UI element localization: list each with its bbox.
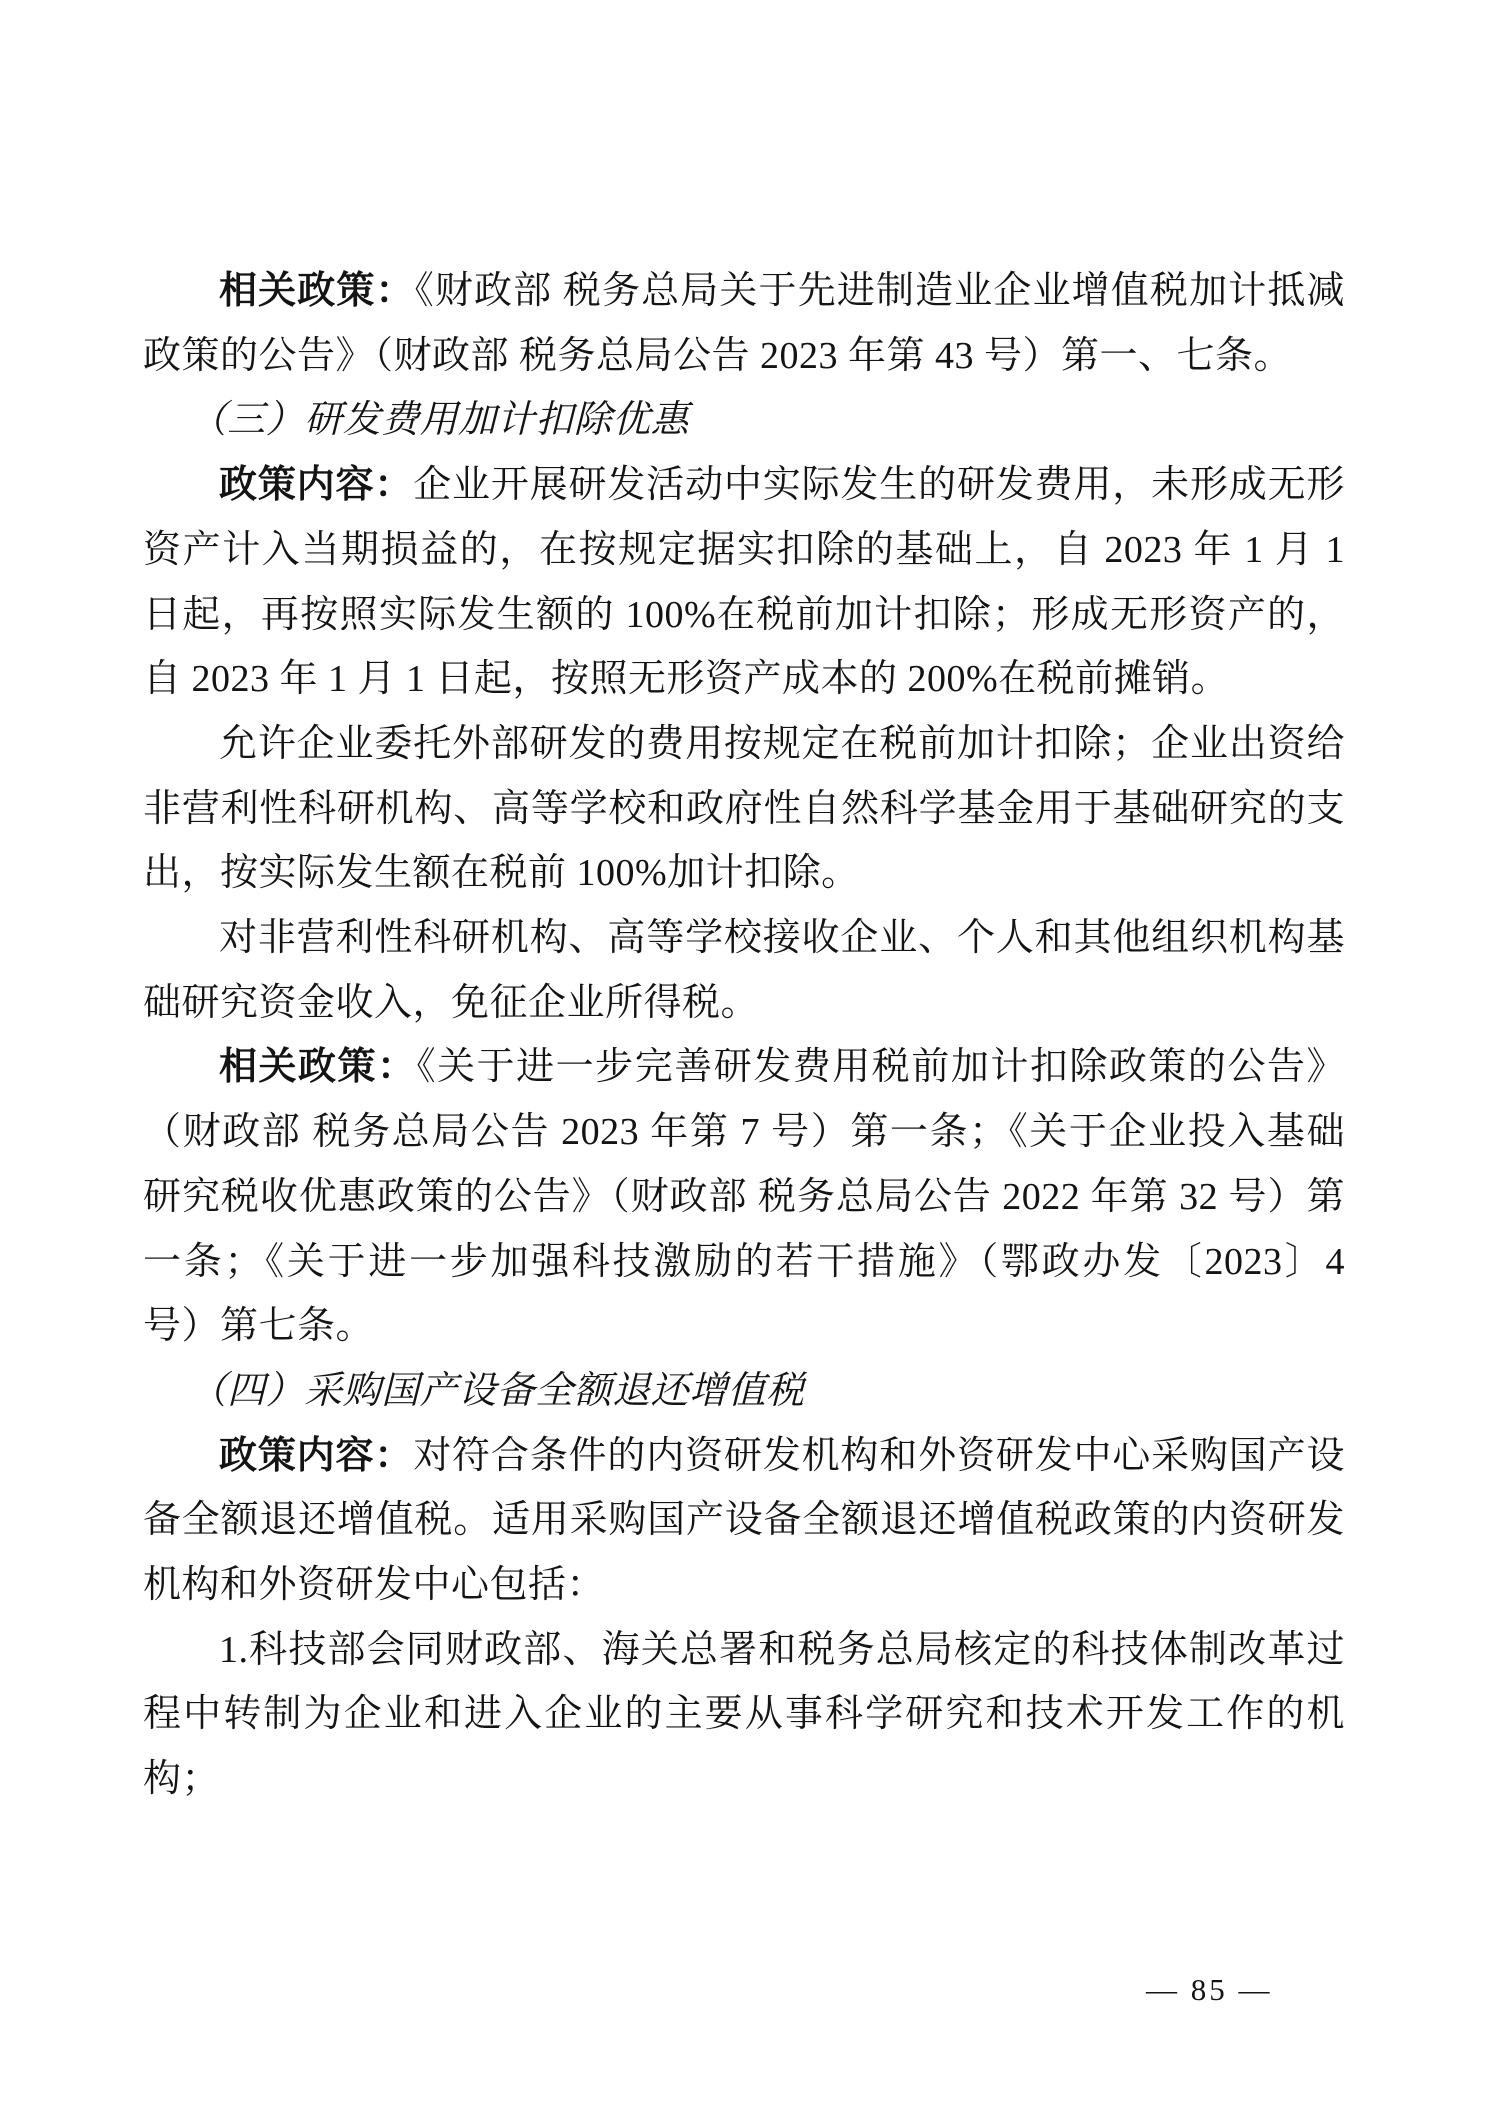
document-body: 相关政策：《财政部 税务总局关于先进制造业企业增值税加计抵减政策的公告》（财政部…: [143, 259, 1345, 1812]
paragraph-body: 允许企业委托外部研发的费用按规定在税前加计扣除；企业出资给非营利性科研机构、高等…: [143, 712, 1345, 906]
paragraph-text: 对非营利性科研机构、高等学校接收企业、个人和其他组织机构基础研究资金收入，免征企…: [143, 917, 1345, 1024]
paragraph-text: 《关于进一步完善研发费用税前加计扣除政策的公告》（财政部 税务总局公告 2023…: [143, 1046, 1345, 1347]
paragraph-related-policy-1: 相关政策：《财政部 税务总局关于先进制造业企业增值税加计抵减政策的公告》（财政部…: [143, 259, 1345, 388]
section-heading-4: （四）采购国产设备全额退还增值税: [143, 1359, 1345, 1424]
paragraph-policy-content-1: 政策内容：企业开展研发活动中实际发生的研发费用，未形成无形资产计入当期损益的，在…: [143, 453, 1345, 712]
paragraph-text: 1.科技部会同财政部、海关总署和税务总局核定的科技体制改革过程中转制为企业和进入…: [143, 1629, 1345, 1800]
page-number: — 85 —: [1146, 1972, 1273, 2008]
paragraph-label: 政策内容：: [219, 464, 413, 506]
paragraph-text: 允许企业委托外部研发的费用按规定在税前加计扣除；企业出资给非营利性科研机构、高等…: [143, 723, 1345, 894]
paragraph-related-policy-2: 相关政策：《关于进一步完善研发费用税前加计扣除政策的公告》（财政部 税务总局公告…: [143, 1035, 1345, 1359]
paragraph-list-item-1: 1.科技部会同财政部、海关总署和税务总局核定的科技体制改革过程中转制为企业和进入…: [143, 1618, 1345, 1812]
paragraph-body: 对非营利性科研机构、高等学校接收企业、个人和其他组织机构基础研究资金收入，免征企…: [143, 906, 1345, 1035]
section-heading-3: （三）研发费用加计扣除优惠: [143, 388, 1345, 453]
document-page: 相关政策：《财政部 税务总局关于先进制造业企业增值税加计抵减政策的公告》（财政部…: [0, 0, 1486, 2103]
paragraph-policy-content-2: 政策内容：对符合条件的内资研发机构和外资研发中心采购国产设备全额退还增值税。适用…: [143, 1424, 1345, 1618]
paragraph-label: 相关政策：: [219, 270, 415, 312]
paragraph-label: 相关政策：: [219, 1046, 417, 1088]
paragraph-label: 政策内容：: [219, 1435, 413, 1477]
